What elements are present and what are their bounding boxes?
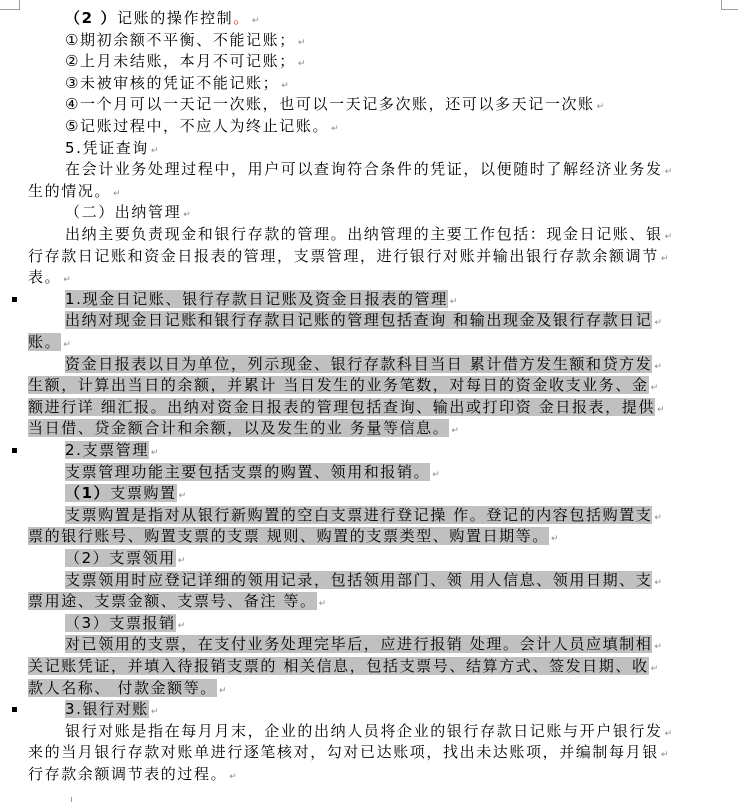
line-text: ④一个月可以一天记一次账，也可以一天记多次账，还可以多天记一次账 [65,95,595,113]
paragraph-line: （2 ）记账的操作控制。↵ [65,8,259,29]
line-text: （1）支票购置 [65,484,177,502]
paragraph-mark-icon: ↵ [219,686,227,696]
line-text: 来的当月银行存款对账单进行逐笔核对，勾对已达账项，找出未达账项，并编制每月银 [28,743,659,761]
paragraph-mark-icon: ↵ [331,124,339,134]
line-text: 行存款余额调节表的过程。 [28,765,227,783]
line-text: ①期初余额不平衡、不能记账； [65,31,296,49]
line-text: 额进行详 细汇报。出纳对资金日报表的管理包括查询、输出或打印资 金日报表，提供 [28,398,655,416]
line-text: 资金日报表以日为单位，列示现金、银行存款科目当日 累计借方发生额和贷方发 [65,355,652,373]
paragraph-line: 支票管理功能主要包括支票的购置、领用和报销。↵ [65,462,440,483]
paragraph-mark-icon: ↵ [229,772,237,782]
paragraph-mark-icon: ↵ [151,707,159,717]
paragraph-line: 生额，计算出当日的余额，并累计 当日发生的业务笔数，对每日的资金收支业务、金↵ [28,375,658,396]
line-text: 关记账凭证，并填入待报销支票的 相关信息，包括支票号、结算方式、签发日期、收 [28,657,649,675]
paragraph-line: 额进行详 细汇报。出纳对资金日报表的管理包括查询、输出或打印资 金日报表，提供↵ [28,397,665,418]
paragraph-line: ④一个月可以一天记一次账，也可以一天记多次账，还可以多天记一次账↵ [65,94,604,115]
paragraph-line: 2.支票管理↵ [65,440,158,461]
line-text: 3.银行对账 [65,700,149,718]
line-text: 2.支票管理 [65,441,149,459]
paragraph-mark-icon: ↵ [651,664,659,674]
paragraph-mark-icon: ↵ [298,38,306,48]
paragraph-mark-icon: ↵ [654,362,662,372]
paragraph-line: ⑤记账过程中，不应人为终止记账。↵ [65,116,339,137]
line-text: （2 ）记账的操作控制。 [65,9,250,27]
paragraph-mark-icon: ↵ [654,318,662,328]
line-text: 表。 [28,268,61,286]
paragraph-mark-icon: ↵ [63,340,71,350]
page-corner-mark-left [0,0,20,10]
line-text: 支票领用时应登记详细的领用记录，包括领用部门、领 用人信息、领用日期、支 [65,571,652,589]
paragraph-line: 资金日报表以日为单位，列示现金、银行存款科目当日 累计借方发生额和贷方发↵ [65,354,662,375]
paragraph-mark-icon: ↵ [654,642,662,652]
paragraph-line: 行存款日记账和资金日报表的管理，支票管理，进行银行对账并输出银行存款余额调节↵ [28,246,668,267]
line-text: ②上月未结账，本月不可记账； [65,52,296,70]
line-text: 当日借、贷金额合计和余额，以及发生的业 务量等信息。 [28,419,449,437]
paragraph-mark-icon: ↵ [319,599,327,609]
paragraph-mark-icon: ↵ [661,254,669,264]
paragraph-mark-icon: ↵ [252,16,260,26]
paragraph-mark-icon: ↵ [657,405,665,415]
page-corner-mark-right [721,0,738,10]
paragraph-mark-icon: ↵ [597,102,605,112]
paragraph-line: 行存款余额调节表的过程。↵ [28,764,237,785]
paragraph-line: （1）支票购置↵ [65,483,186,504]
paragraph-line: 3.银行对账↵ [65,699,158,720]
line-text: 出纳对现金日记账和银行存款日记账的管理包括查询 和输出现金及银行存款日记 [65,311,652,329]
list-bullet-icon [12,297,17,302]
line-text: 行存款日记账和资金日报表的管理，支票管理，进行银行对账并输出银行存款余额调节 [28,247,659,265]
paragraph-mark-icon: ↵ [281,81,289,91]
paragraph-line: 票的银行账号、购置支票的支票 规则、购置的支票类型、购置日期等。↵ [28,526,559,547]
line-text: 1.现金日记账、银行存款日记账及资金日报表的管理 [65,290,448,308]
paragraph-mark-icon: ↵ [665,729,673,739]
paragraph-line: 1.现金日记账、银行存款日记账及资金日报表的管理↵ [65,289,457,310]
text-cursor [71,797,72,802]
paragraph-mark-icon: ↵ [151,146,159,156]
line-text: 票用途、支票金额、支票号、备注 等。 [28,592,317,610]
paragraph-mark-icon: ↵ [651,383,659,393]
paragraph-mark-icon: ↵ [178,556,186,566]
paragraph-mark-icon: ↵ [451,426,459,436]
paragraph-mark-icon: ↵ [113,189,121,199]
list-bullet-icon [12,448,17,453]
paragraph-line: ①期初余额不平衡、不能记账；↵ [65,30,305,51]
line-text: （3）支票报销 [65,614,176,632]
paragraph-line: 票用途、支票金额、支票号、备注 等。↵ [28,591,326,612]
paragraph-line: 生的情况。↵ [28,181,121,202]
paragraph-line: ③未被审核的凭证不能记账；↵ [65,73,289,94]
paragraph-mark-icon: ↵ [654,513,662,523]
line-text: 5.凭证查询 [65,139,149,157]
paragraph-mark-icon: ↵ [183,210,191,220]
paragraph-mark-icon: ↵ [551,534,559,544]
paragraph-line: 5.凭证查询↵ [65,138,158,159]
paragraph-line: 在会计业务处理过程中，用户可以查询符合条件的凭证，以便随时了解经济业务发↵ [65,159,672,180]
paragraph-line: 关记账凭证，并填入待报销支票的 相关信息，包括支票号、结算方式、签发日期、收↵ [28,656,658,677]
paragraph-mark-icon: ↵ [665,232,673,242]
line-text: 生的情况。 [28,182,111,200]
paragraph-mark-icon: ↵ [432,470,440,480]
line-text: 银行对账是指在每月月末，企业的出纳人员将企业的银行存款日记账与开户银行发 [65,722,663,740]
paragraph-line: 银行对账是指在每月月末，企业的出纳人员将企业的银行存款日记账与开户银行发↵ [65,721,672,742]
paragraph-mark-icon: ↵ [178,621,186,631]
line-text: 对已领用的支票，在支付业务处理完毕后，应进行报销 处理。会计人员应填制相 [65,635,652,653]
line-text: ③未被审核的凭证不能记账； [65,74,279,92]
paragraph-line: ②上月未结账，本月不可记账；↵ [65,51,305,72]
paragraph-line: 出纳对现金日记账和银行存款日记账的管理包括查询 和输出现金及银行存款日记↵ [65,310,662,331]
paragraph-line: 出纳主要负责现金和银行存款的管理。出纳管理的主要工作包括：现金日记账、银↵ [65,224,672,245]
paragraph-mark-icon: ↵ [654,578,662,588]
paragraph-line: （二）出纳管理↵ [65,202,191,223]
paragraph-mark-icon: ↵ [661,750,669,760]
paragraph-line: 对已领用的支票，在支付业务处理完毕后，应进行报销 处理。会计人员应填制相↵ [65,634,662,655]
line-text: （2）支票领用 [65,549,176,567]
line-text: （二）出纳管理 [65,203,181,221]
line-text: 出纳主要负责现金和银行存款的管理。出纳管理的主要工作包括：现金日记账、银 [65,225,663,243]
line-text: 票的银行账号、购置支票的支票 规则、购置的支票类型、购置日期等。 [28,527,549,545]
line-text: 款人名称、 付款金额等。 [28,679,217,697]
line-text: 生额，计算出当日的余额，并累计 当日发生的业务笔数，对每日的资金收支业务、金 [28,376,649,394]
paragraph-line: 表。↵ [28,267,71,288]
paragraph-line: 支票购置是指对从银行新购置的空白支票进行登记操 作。登记的内容包括购置支↵ [65,505,662,526]
paragraph-line: 支票领用时应登记详细的领用记录，包括领用部门、领 用人信息、领用日期、支↵ [65,570,662,591]
paragraph-line: （2）支票领用↵ [65,548,185,569]
paragraph-line: （3）支票报销↵ [65,613,185,634]
paragraph-line: 款人名称、 付款金额等。↵ [28,678,227,699]
line-text: 账。 [28,333,61,351]
line-text: 在会计业务处理过程中，用户可以查询符合条件的凭证，以便随时了解经济业务发 [65,160,663,178]
line-text: ⑤记账过程中，不应人为终止记账。 [65,117,329,135]
line-text: 支票购置是指对从银行新购置的空白支票进行登记操 作。登记的内容包括购置支 [65,506,652,524]
list-bullet-icon [12,707,17,712]
paragraph-mark-icon: ↵ [151,448,159,458]
paragraph-line: 账。↵ [28,332,71,353]
paragraph-mark-icon: ↵ [665,167,673,177]
paragraph-mark-icon: ↵ [298,59,306,69]
line-text: 支票管理功能主要包括支票的购置、领用和报销。 [65,463,430,481]
paragraph-mark-icon: ↵ [63,275,71,285]
paragraph-mark-icon: ↵ [179,491,187,501]
paragraph-mark-icon: ↵ [450,297,458,307]
paragraph-line: 当日借、贷金额合计和余额，以及发生的业 务量等信息。↵ [28,418,459,439]
paragraph-line: 来的当月银行存款对账单进行逐笔核对，勾对已达账项，找出未达账项，并编制每月银↵ [28,742,668,763]
